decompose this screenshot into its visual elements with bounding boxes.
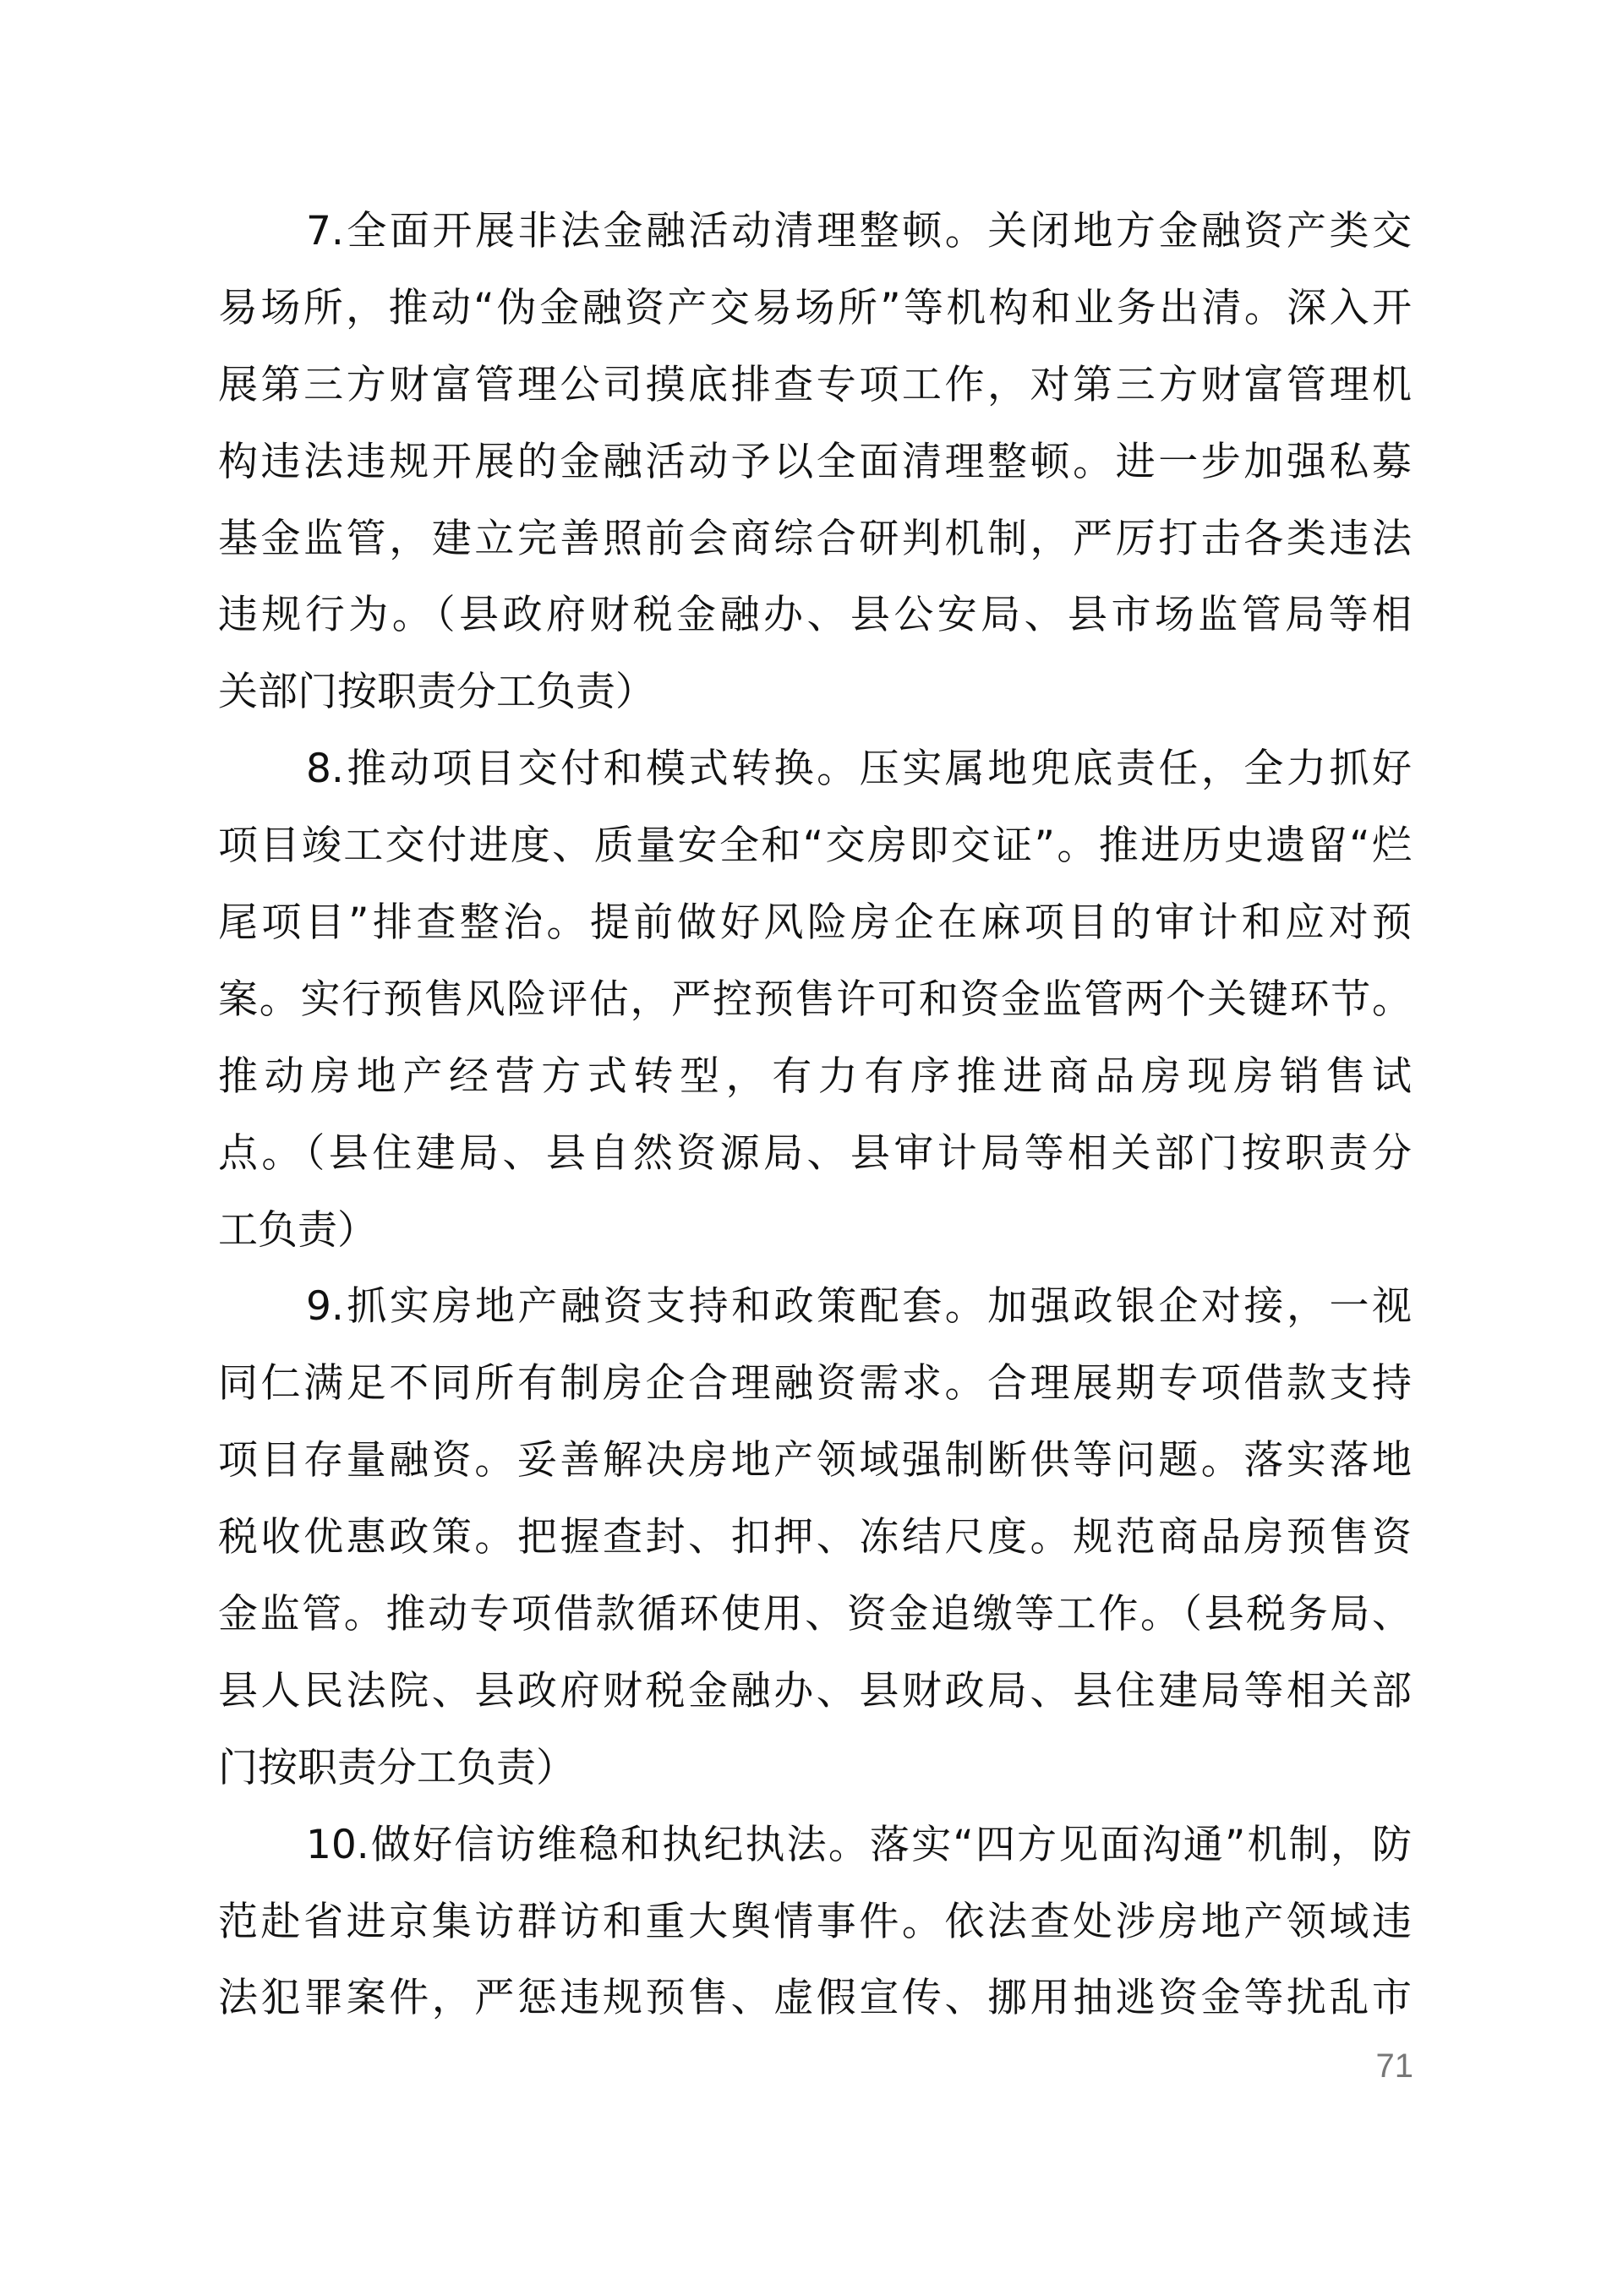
text-line: 金监管。推动专项借款循环使用、资金追缴等工作。（县税务局、 [218,1577,1412,1654]
text-line: 8.推动项目交付和模式转换。压实属地兜底责任，全力抓好 [218,731,1412,808]
text-line: 推动房地产经营方式转型，有力有序推进商品房现房销售试 [218,1039,1412,1116]
text-line: 展第三方财富管理公司摸底排查专项工作，对第三方财富管理机 [218,347,1412,424]
text-line: 案。实行预售风险评估，严控预售许可和资金监管两个关键环节。 [218,962,1412,1039]
text-line: 范赴省进京集访群访和重大舆情事件。依法查处涉房地产领域违 [218,1884,1412,1961]
text-line: 门按职责分工负责） [218,1730,1412,1807]
text-line: 尾项目”排查整治。提前做好风险房企在麻项目的审计和应对预 [218,885,1412,962]
text-line: 基金监管，建立完善照前会商综合研判机制，严厉打击各类违法 [218,501,1412,578]
text-line: 项目竣工交付进度、质量安全和“交房即交证”。推进历史遗留“烂 [218,808,1412,885]
text-line: 同仁满足不同所有制房企合理融资需求。合理展期专项借款支持 [218,1346,1412,1423]
text-line: 关部门按职责分工负责） [218,654,1412,731]
paragraph-8: 8.推动项目交付和模式转换。压实属地兜底责任，全力抓好 项目竣工交付进度、质量安… [218,731,1412,1269]
body-text: 7.全面开展非法金融活动清理整顿。关闭地方金融资产类交 易场所，推动“伪金融资产… [218,194,1412,2037]
paragraph-9: 9.抓实房地产融资支持和政策配套。加强政银企对接，一视 同仁满足不同所有制房企合… [218,1269,1412,1807]
page-number: 71 [1363,2047,1413,2086]
text-line: 10.做好信访维稳和执纪执法。落实“四方见面沟通”机制，防 [218,1807,1412,1884]
text-line: 税收优惠政策。把握查封、扣押、冻结尺度。规范商品房预售资 [218,1500,1412,1577]
text-line: 易场所，推动“伪金融资产交易场所”等机构和业务出清。深入开 [218,271,1412,347]
paragraph-10: 10.做好信访维稳和执纪执法。落实“四方见面沟通”机制，防 范赴省进京集访群访和… [218,1807,1412,2038]
text-line: 7.全面开展非法金融活动清理整顿。关闭地方金融资产类交 [218,194,1412,271]
paragraph-7: 7.全面开展非法金融活动清理整顿。关闭地方金融资产类交 易场所，推动“伪金融资产… [218,194,1412,731]
text-line: 项目存量融资。妥善解决房地产领域强制断供等问题。落实落地 [218,1423,1412,1500]
text-line: 法犯罪案件，严惩违规预售、虚假宣传、挪用抽逃资金等扰乱市 [218,1960,1412,2037]
text-line: 工负责） [218,1193,1412,1270]
text-line: 违规行为。（县政府财税金融办、县公安局、县市场监管局等相 [218,577,1412,654]
text-line: 9.抓实房地产融资支持和政策配套。加强政银企对接，一视 [218,1269,1412,1346]
text-line: 县人民法院、县政府财税金融办、县财政局、县住建局等相关部 [218,1654,1412,1730]
document-page: 7.全面开展非法金融活动清理整顿。关闭地方金融资产类交 易场所，推动“伪金融资产… [0,0,1623,2296]
text-line: 构违法违规开展的金融活动予以全面清理整顿。进一步加强私募 [218,424,1412,501]
text-line: 点。（县住建局、县自然资源局、县审计局等相关部门按职责分 [218,1116,1412,1193]
